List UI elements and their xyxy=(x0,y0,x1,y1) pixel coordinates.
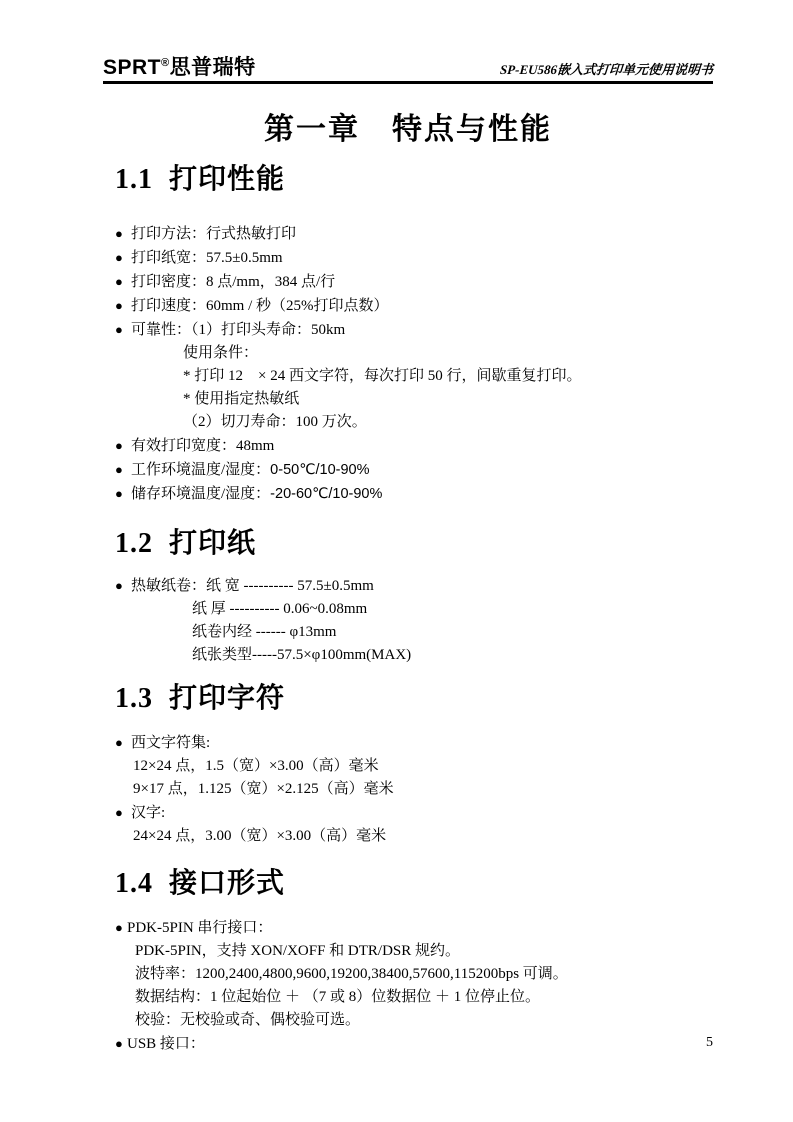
bullet-icon: ● xyxy=(115,222,131,245)
section-heading-1-2: 1.2 打印纸 xyxy=(115,526,723,562)
spec-label: 可靠性： xyxy=(131,322,191,338)
spec-label: USB 接口： xyxy=(127,1036,205,1052)
section-1-3-list: ●西文字符集: 12×24 点，1.5（宽）×3.00（高）毫米 9×17 点，… xyxy=(115,731,723,848)
spec-subrow: * 使用指定热敏纸 xyxy=(183,388,723,411)
spec-line: PDK-5PIN，支持 XON/XOFF 和 DTR/DSR 规约。 xyxy=(135,943,460,959)
page-content: 1.1 打印性能 ●打印方法：行式热敏打印 ●打印纸宽：57.5±0.5mm ●… xyxy=(115,162,723,1056)
registered-mark-icon: ® xyxy=(161,57,170,69)
section-heading-1-1: 1.1 打印性能 xyxy=(115,162,723,198)
spec-label: 汉字: xyxy=(131,805,165,821)
spec-row: ●打印密度：8 点/mm，384 点/行 xyxy=(115,270,723,294)
spec-subrow: 12×24 点，1.5（宽）×3.00（高）毫米 xyxy=(133,755,723,778)
spec-subrow: 使用条件： xyxy=(183,342,723,365)
spec-row: ●可靠性：（1）打印头寿命：50km xyxy=(115,318,723,342)
spec-label: 打印方法： xyxy=(131,226,206,242)
spec-label: 热敏纸卷： xyxy=(131,578,206,594)
spec-value: 60mm / 秒（25%打印点数） xyxy=(206,298,389,314)
spec-subrow: 纸 厚 ---------- 0.06~0.08mm xyxy=(192,598,723,621)
spec-subrow: （2）切刀寿命：100 万次。 xyxy=(183,411,723,434)
spec-row: ●储存环境温度/湿度：-20-60℃/10-90% xyxy=(115,482,723,506)
bullet-icon: ● xyxy=(115,246,131,269)
spec-line: * 使用指定热敏纸 xyxy=(183,391,299,407)
spec-label: 储存环境温度/湿度： xyxy=(131,486,270,502)
spec-row: ●打印方法：行式热敏打印 xyxy=(115,222,723,246)
spec-line: 使用条件： xyxy=(183,345,258,361)
spec-line: 纸卷内经 ------ φ13mm xyxy=(192,624,336,640)
spec-value: 行式热敏打印 xyxy=(206,226,296,242)
bullet-icon: ● xyxy=(115,1032,127,1055)
spec-label: 打印纸宽： xyxy=(131,250,206,266)
brand-chinese: 思普瑞特 xyxy=(170,56,256,79)
bullet-icon: ● xyxy=(115,294,131,317)
spec-row: ●工作环境温度/湿度：0-50℃/10-90% xyxy=(115,458,723,482)
spec-row: ●汉字: xyxy=(115,801,723,825)
spec-label: PDK-5PIN 串行接口： xyxy=(127,920,272,936)
spec-line: 波特率：1200,2400,4800,9600,19200,38400,5760… xyxy=(135,966,568,982)
spec-line: 校验：无校验或奇、偶校验可选。 xyxy=(135,1012,360,1028)
spec-label: 打印密度： xyxy=(131,274,206,290)
spec-subrow: 9×17 点，1.125（宽）×2.125（高）毫米 xyxy=(133,778,723,801)
brand-latin: SPRT xyxy=(103,56,161,79)
spec-line: * 打印 12 × 24 西文字符，每次打印 50 行，间歇重复打印。 xyxy=(183,368,581,384)
spec-value: 48mm xyxy=(236,438,274,454)
spec-line: 12×24 点，1.5（宽）×3.00（高）毫米 xyxy=(133,758,379,774)
spec-line: 9×17 点，1.125（宽）×2.125（高）毫米 xyxy=(133,781,394,797)
spec-row: ●西文字符集: xyxy=(115,731,723,755)
brand-logo: SPRT®思普瑞特 xyxy=(103,57,256,78)
chapter-title: 第一章 特点与性能 xyxy=(103,104,713,148)
section-1-4-list: ●PDK-5PIN 串行接口： PDK-5PIN，支持 XON/XOFF 和 D… xyxy=(115,916,723,1056)
spec-value: 8 点/mm，384 点/行 xyxy=(206,274,335,290)
section-1-1-list: ●打印方法：行式热敏打印 ●打印纸宽：57.5±0.5mm ●打印密度：8 点/… xyxy=(115,222,723,506)
spec-subrow: 24×24 点，3.00（宽）×3.00（高）毫米 xyxy=(133,825,723,848)
spec-value: 纸 宽 ---------- 57.5±0.5mm xyxy=(206,578,374,594)
page-number: 5 xyxy=(706,1035,713,1051)
bullet-icon: ● xyxy=(115,458,131,481)
spec-subrow: 纸卷内经 ------ φ13mm xyxy=(192,621,723,644)
section-heading-1-4: 1.4 接口形式 xyxy=(115,866,723,902)
section-heading-1-3: 1.3 打印字符 xyxy=(115,681,723,717)
spec-line: 纸张类型-----57.5×φ100mm(MAX) xyxy=(192,647,411,663)
bullet-icon: ● xyxy=(115,434,131,457)
spec-row: ●热敏纸卷：纸 宽 ---------- 57.5±0.5mm xyxy=(115,574,723,598)
doc-title: SP-EU586嵌入式打印单元使用说明书 xyxy=(499,62,713,78)
spec-row: ●打印纸宽：57.5±0.5mm xyxy=(115,246,723,270)
spec-row: ●打印速度：60mm / 秒（25%打印点数） xyxy=(115,294,723,318)
spec-value: 57.5±0.5mm xyxy=(206,250,283,266)
page-header: SPRT®思普瑞特 SP-EU586嵌入式打印单元使用说明书 xyxy=(103,57,713,84)
spec-line: 数据结构：1 位起始位 ＋ （7 或 8）位数据位 ＋ 1 位停止位。 xyxy=(135,989,540,1005)
bullet-icon: ● xyxy=(115,270,131,293)
spec-line: （2）切刀寿命：100 万次。 xyxy=(183,414,367,430)
manual-page: SPRT®思普瑞特 SP-EU586嵌入式打印单元使用说明书 第一章 特点与性能… xyxy=(0,0,793,1122)
spec-value: 0-50℃/10-90% xyxy=(270,462,369,478)
spec-row: ●有效打印宽度：48mm xyxy=(115,434,723,458)
spec-row: ●USB 接口： xyxy=(115,1032,723,1056)
spec-subrow: 校验：无校验或奇、偶校验可选。 xyxy=(135,1009,723,1032)
spec-label: 工作环境温度/湿度： xyxy=(131,462,270,478)
spec-value: （1）打印头寿命：50km xyxy=(191,322,345,338)
spec-subrow: * 打印 12 × 24 西文字符，每次打印 50 行，间歇重复打印。 xyxy=(183,365,723,388)
bullet-icon: ● xyxy=(115,318,131,341)
spec-subrow: PDK-5PIN，支持 XON/XOFF 和 DTR/DSR 规约。 xyxy=(135,940,723,963)
spec-subrow: 数据结构：1 位起始位 ＋ （7 或 8）位数据位 ＋ 1 位停止位。 xyxy=(135,986,723,1009)
spec-line: 纸 厚 ---------- 0.06~0.08mm xyxy=(192,601,367,617)
spec-label: 打印速度： xyxy=(131,298,206,314)
bullet-icon: ● xyxy=(115,731,131,754)
spec-label: 西文字符集: xyxy=(131,735,210,751)
bullet-icon: ● xyxy=(115,916,127,939)
section-1-2-list: ●热敏纸卷：纸 宽 ---------- 57.5±0.5mm 纸 厚 ----… xyxy=(115,574,723,667)
spec-subrow: 波特率：1200,2400,4800,9600,19200,38400,5760… xyxy=(135,963,723,986)
spec-line: 24×24 点，3.00（宽）×3.00（高）毫米 xyxy=(133,828,386,844)
bullet-icon: ● xyxy=(115,574,131,597)
spec-subrow: 纸张类型-----57.5×φ100mm(MAX) xyxy=(192,644,723,667)
spec-label: 有效打印宽度： xyxy=(131,438,236,454)
bullet-icon: ● xyxy=(115,482,131,505)
bullet-icon: ● xyxy=(115,801,131,824)
spec-value: -20-60℃/10-90% xyxy=(270,486,382,502)
spec-row: ●PDK-5PIN 串行接口： xyxy=(115,916,723,940)
